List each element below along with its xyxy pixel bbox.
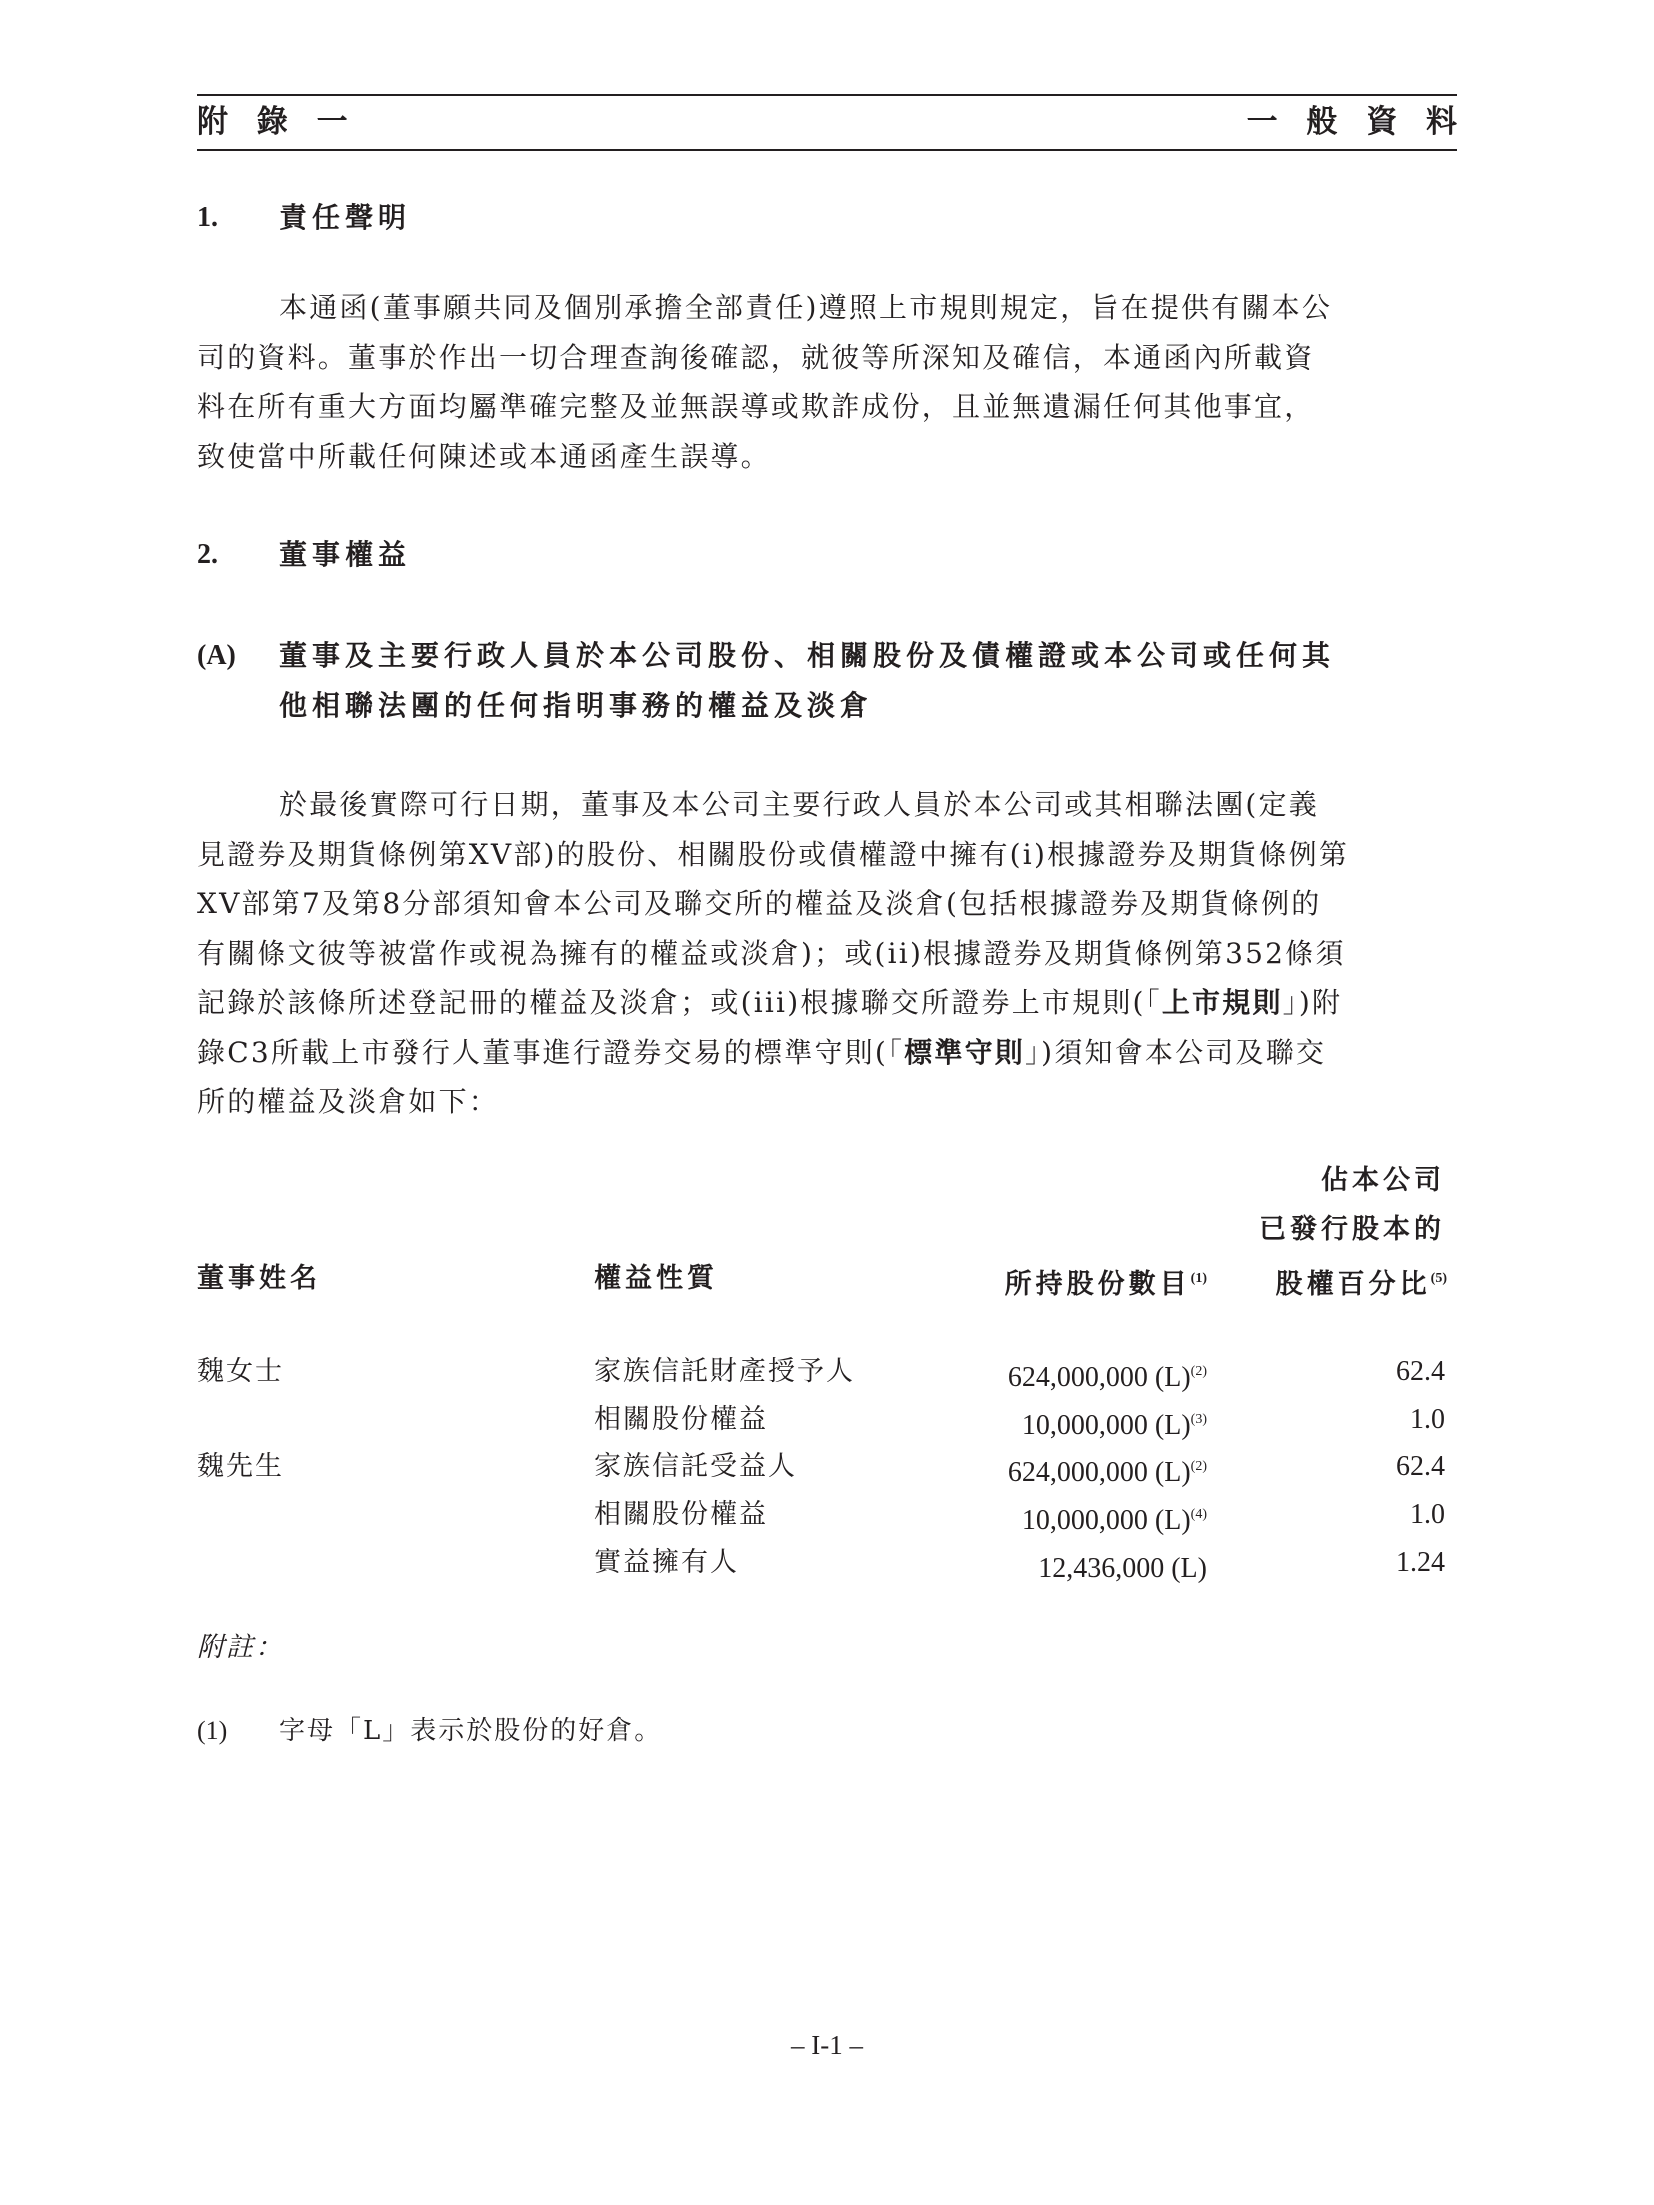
paragraph-line: 本通函(董事願共同及個別承擔全部責任)遵照上市規則規定，旨在提供有關本公 [197, 283, 1457, 333]
header-bottom-rule [197, 149, 1457, 151]
footnote-ref: (4) [1191, 1507, 1207, 1522]
note-number: (1) [197, 1713, 227, 1749]
footnote-ref: (1) [1191, 1271, 1207, 1286]
nature-of-interest: 實益擁有人 [594, 1545, 739, 1581]
header-text: 股權百分比 [1276, 1269, 1431, 1300]
defined-term-listing-rules: 上市規則 [1162, 986, 1283, 1019]
nature-of-interest: 家族信託受益人 [594, 1449, 797, 1485]
footnote-ref: (2) [1191, 1459, 1207, 1474]
paragraph-line: 見證券及期貨條例第XV部)的股份、相關股份或債權證中擁有(i)根據證券及期貨條例… [197, 830, 1457, 880]
percentage: 1.24 [1396, 1545, 1445, 1581]
defined-term-model-code: 標準守則 [904, 1036, 1025, 1069]
subsection-a-title-line-1: 董事及主要行政人員於本公司股份、相關股份及債權證或本公司或任何其 [279, 638, 1469, 674]
document-page: 附 錄 一 一 般 資 料 1. 責任聲明 本通函(董事願共同及個別承擔全部責任… [197, 0, 1457, 2205]
footnote-ref: (5) [1431, 1271, 1447, 1286]
paragraph-line: 料在所有重大方面均屬準確完整及並無誤導或欺詐成份，且並無遺漏任何其他事宜， [197, 382, 1457, 432]
shares-value: 10,000,000 (L) [1022, 1410, 1191, 1441]
section-2-heading: 2. [197, 537, 218, 573]
header-section-label: 一 般 資 料 [1247, 102, 1466, 142]
header-percent-line-2: 已發行股本的 [1259, 1212, 1445, 1248]
number-of-shares: 624,000,000 (L)(2) [1008, 1449, 1207, 1491]
shares-value: 624,000,000 (L) [1008, 1362, 1191, 1393]
note-text: 字母「L」表示於股份的好倉。 [279, 1713, 662, 1749]
director-name: 魏先生 [197, 1449, 284, 1485]
page-number: – I-1 – [0, 2030, 1654, 2061]
header-percent-line-3: 股權百分比(5) [1276, 1261, 1447, 1303]
subsection-a-paragraph: 於最後實際可行日期，董事及本公司主要行政人員於本公司或其相聯法團(定義 見證券及… [197, 780, 1457, 1127]
paragraph-line: 錄C3所載上市發行人董事進行證券交易的標準守則(「標準守則」)須知會本公司及聯交 [197, 1028, 1457, 1078]
nature-of-interest: 相關股份權益 [594, 1497, 768, 1533]
text-run: 錄C3所載上市發行人董事進行證券交易的標準守則(「 [197, 1036, 904, 1069]
paragraph-line: 司的資料。董事於作出一切合理查詢後確認，就彼等所深知及確信，本通函內所載資 [197, 333, 1457, 383]
footnote-ref: (2) [1191, 1364, 1207, 1379]
section-2-title: 董事權益 [279, 537, 411, 573]
header-appendix-label: 附 錄 一 [197, 102, 357, 142]
paragraph-line: 有關條文彼等被當作或視為擁有的權益或淡倉)；或(ii)根據證券及期貨條例第352… [197, 929, 1457, 979]
section-1-title: 責任聲明 [279, 200, 411, 236]
percentage: 62.4 [1396, 1354, 1445, 1390]
header-percent-line-1: 佔本公司 [1321, 1163, 1445, 1199]
percentage: 1.0 [1410, 1497, 1445, 1533]
number-of-shares: 624,000,000 (L)(2) [1008, 1354, 1207, 1396]
nature-of-interest: 家族信託財產授予人 [594, 1354, 855, 1390]
header-number-of-shares: 所持股份數目(1) [1005, 1261, 1207, 1303]
header-nature-of-interest: 權益性質 [594, 1261, 718, 1297]
section-1-paragraph: 本通函(董事願共同及個別承擔全部責任)遵照上市規則規定，旨在提供有關本公 司的資… [197, 283, 1457, 481]
paragraph-line: 於最後實際可行日期，董事及本公司主要行政人員於本公司或其相聯法團(定義 [197, 780, 1457, 830]
subsection-a-title-line-2: 他相聯法團的任何指明事務的權益及淡倉 [279, 688, 873, 724]
number-of-shares: 10,000,000 (L)(4) [1022, 1497, 1207, 1539]
percentage: 62.4 [1396, 1449, 1445, 1485]
number-of-shares: 12,436,000 (L) [1038, 1545, 1207, 1587]
text-run: 記錄於該條所述登記冊的權益及淡倉；或(iii)根據聯交所證券上市規則(「 [197, 986, 1162, 1019]
percentage: 1.0 [1410, 1402, 1445, 1438]
nature-of-interest: 相關股份權益 [594, 1402, 768, 1438]
header-text: 所持股份數目 [1005, 1269, 1191, 1300]
text-run: 」)須知會本公司及聯交 [1025, 1036, 1326, 1069]
paragraph-line: 致使當中所載任何陳述或本通函產生誤導。 [197, 432, 1457, 482]
section-number: 2. [197, 539, 218, 570]
section-number: 1. [197, 202, 218, 233]
shares-value: 10,000,000 (L) [1022, 1505, 1191, 1536]
paragraph-line: 所的權益及淡倉如下： [197, 1077, 1457, 1127]
number-of-shares: 10,000,000 (L)(3) [1022, 1402, 1207, 1444]
footnote-ref: (3) [1191, 1412, 1207, 1427]
director-name: 魏女士 [197, 1354, 284, 1390]
notes-label: 附註： [197, 1630, 284, 1666]
paragraph-line: XV部第7及第8分部須知會本公司及聯交所的權益及淡倉(包括根據證券及期貨條例的 [197, 879, 1457, 929]
subsection-a-label: (A) [197, 638, 236, 674]
text-run: 」)附 [1283, 986, 1343, 1019]
header-top-rule [197, 94, 1457, 96]
shares-value: 624,000,000 (L) [1008, 1457, 1191, 1488]
paragraph-line: 記錄於該條所述登記冊的權益及淡倉；或(iii)根據聯交所證券上市規則(「上市規則… [197, 978, 1457, 1028]
shares-value: 12,436,000 (L) [1038, 1553, 1207, 1584]
section-1-heading: 1. [197, 200, 218, 236]
header-director-name: 董事姓名 [197, 1261, 321, 1297]
